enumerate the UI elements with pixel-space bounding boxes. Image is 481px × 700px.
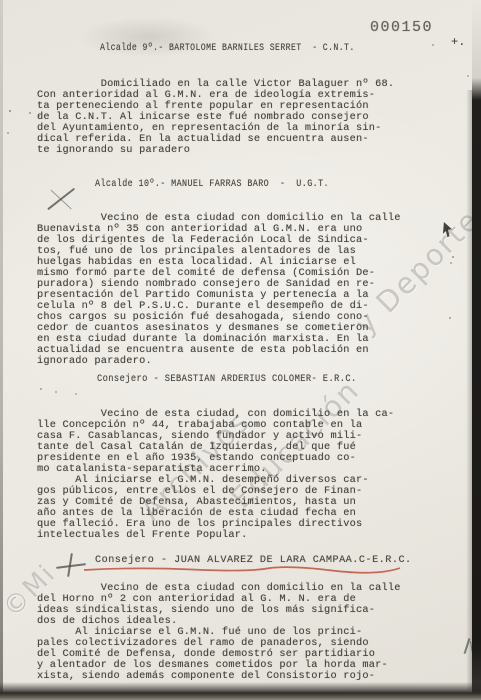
- pencil-cross-top-right: +.: [451, 35, 465, 49]
- scan-edge-bottom: [0, 682, 481, 700]
- paper-specks: [9, 110, 11, 112]
- section-body-alcalde-9: Domiciliado en la calle Victor Balaguer …: [37, 79, 394, 156]
- red-pencil-underline: [82, 564, 404, 574]
- section-body-consejero-alvarez: Vecino de esta ciudad con domicilio en l…: [37, 583, 401, 682]
- section-heading-alcalde-9: Alcalde 9º.- BARTOLOME BARNILES SERRET -…: [100, 43, 355, 54]
- scan-edge-right: [472, 0, 481, 700]
- section-body-alcalde-10: Vecino de esta ciudad con domicilio en l…: [37, 213, 401, 367]
- scanned-document-page: ©Mi Archivos Educación y Deporte 000150 …: [0, 0, 481, 700]
- section-heading-alcalde-10: Alcalde 10º.- MANUEL FARRAS BARO - U.G.T…: [95, 179, 329, 190]
- section-body-consejero-arderius: Vecino de esta ciudad, con domicilio en …: [37, 409, 394, 541]
- page-number-stamp: 000150: [370, 19, 433, 36]
- section-heading-consejero-arderius: Consejero - SEBASTIAN ARDERIUS COLOMER- …: [97, 374, 357, 385]
- scan-edge-left: [0, 0, 3, 700]
